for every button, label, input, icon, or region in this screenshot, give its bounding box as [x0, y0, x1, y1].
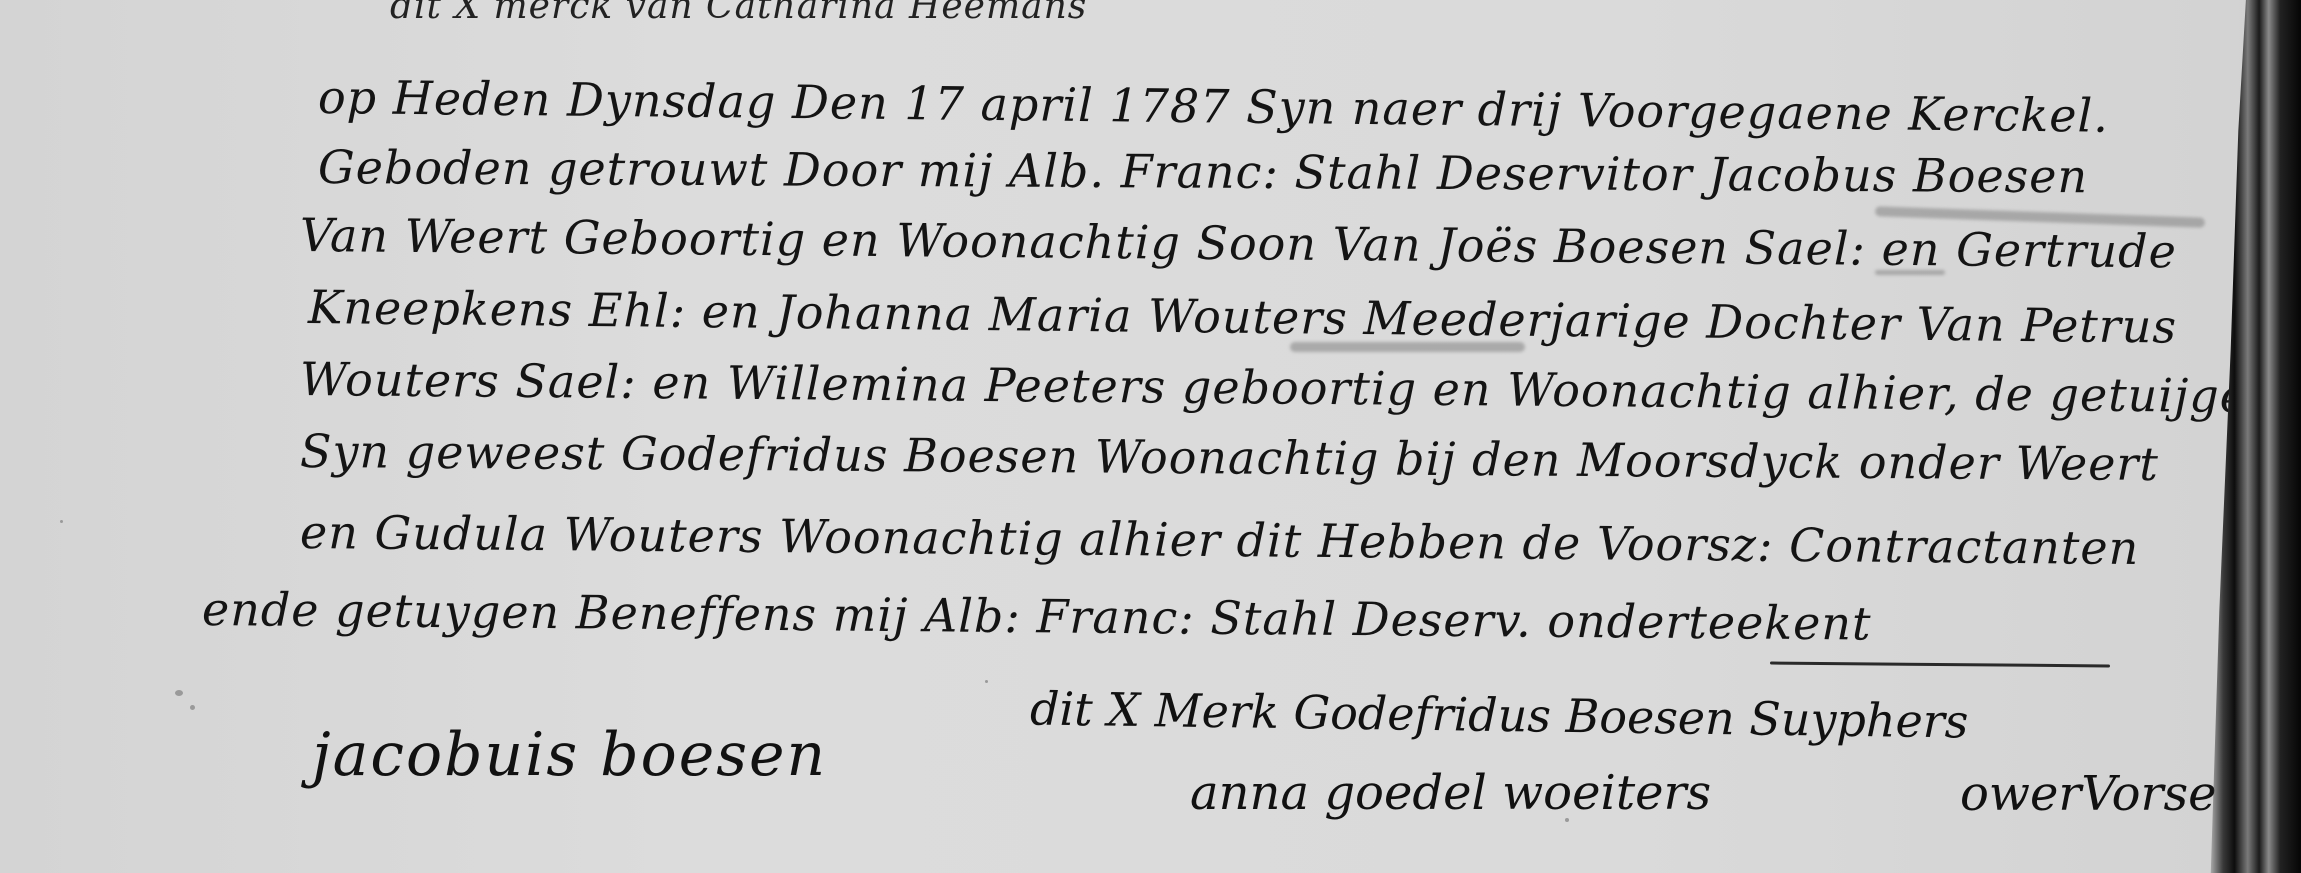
register-line-3: Van Weert Geboortig en Woonachtig Soon V…: [300, 208, 2177, 278]
pencil-underline-bride: [1290, 342, 1525, 352]
top-fragment-line: dit X merck van Catharina Heemans: [390, 0, 1087, 27]
register-page: dit X merck van Catharina Heemans op Hed…: [0, 0, 2301, 873]
ink-flourish: [1770, 662, 2110, 668]
right-signature-fragment: owerVorse: [1960, 766, 2216, 822]
witness-mark-signature: dit X Merk Godefridus Boesen Suyphers: [1030, 681, 1969, 748]
book-binding-edge: [2206, 0, 2301, 873]
paper-speck: [60, 520, 63, 523]
register-line-8: ende getuygen Beneffens mij Alb: Franc: …: [202, 582, 1872, 651]
pencil-underline-sael: [1875, 270, 1945, 275]
register-line-4: Kneepkens Ehl: en Johanna Maria Wouters …: [308, 280, 2178, 354]
groom-signature: jacobuis boesen: [312, 720, 827, 790]
paper-speck: [985, 680, 988, 683]
register-line-6: Syn geweest Godefridus Boesen Woonachtig…: [300, 424, 2159, 491]
register-line-1: op Heden Dynsdag Den 17 april 1787 Syn n…: [318, 70, 2109, 143]
register-line-7: en Gudula Wouters Woonachtig alhier dit …: [300, 505, 2140, 575]
register-line-5: Wouters Sael: en Willemina Peeters geboo…: [300, 352, 2279, 423]
paper-speck: [190, 705, 195, 710]
register-line-2: Geboden getrouwt Door mij Alb. Franc: St…: [318, 140, 2088, 203]
bride-signature: anna goedel woeiters: [1190, 765, 1711, 821]
paper-speck: [175, 690, 183, 696]
